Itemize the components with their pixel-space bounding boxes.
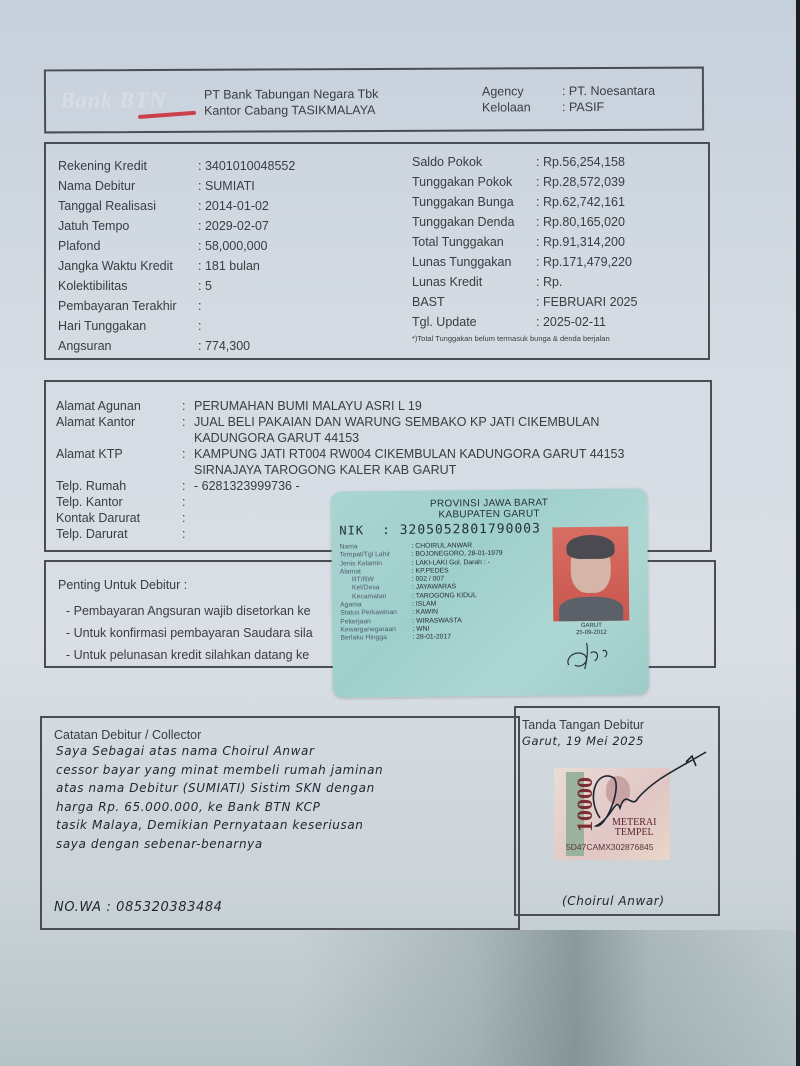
footnote: *)Total Tunggakan belum termasuk bunga &… [412,334,637,343]
loan-field-row: Jatuh Tempo: 2029-02-07 [58,216,295,236]
loan-details-box: Rekening Kredit: 3401010048552Nama Debit… [44,142,710,360]
handwritten-line: atas nama Debitur (SUMIATI) Sistim SKN d… [56,779,516,798]
field-label: Total Tunggakan [412,232,536,252]
whatsapp-number: NO.WA : 085320383484 [54,900,223,915]
field-separator: : [182,510,194,526]
balance-field-row: Lunas Kredit: Rp. [412,272,637,292]
notice-item: - Untuk konfirmasi pembayaran Saudara si… [66,622,313,644]
balance-field-row: Saldo Pokok: Rp.56,254,158 [412,152,637,172]
kelolaan-label: Kelolaan [482,99,562,115]
agency-label: Agency [482,83,562,99]
ktp-field-value: : KAWIN [412,609,438,618]
handwritten-line: tasik Malaya, Demikian Pernyataan keseri… [56,816,516,835]
field-value: : Rp.171,479,220 [536,252,632,272]
field-value: : Rp.62,742,161 [536,192,625,212]
ktp-field-value: : LAKI-LAKI Gol. Darah : - [412,559,490,568]
field-label: Nama Debitur [58,176,198,196]
field-label: Jangka Waktu Kredit [58,256,198,276]
signature-title: Tanda Tangan Debitur [522,718,644,732]
handwritten-line: harga Rp. 65.000.000, ke Bank BTN KCP [56,798,516,817]
field-label: Tanggal Realisasi [58,196,198,216]
field-label: Lunas Tunggakan [412,252,536,272]
photo-shadow [300,930,800,1066]
field-value: : [198,296,201,316]
ktp-field-value: : WNI [412,626,429,634]
field-label: Alamat Kantor [56,414,182,446]
ktp-field-value: : 002 / 007 [412,576,444,585]
balance-field-row: Total Tunggakan: Rp.91,314,200 [412,232,637,252]
ktp-issue-info: GARUT 25-09-2012 [553,623,629,638]
field-value: : [198,316,201,336]
field-value: PERUMAHAN BUMI MALAYU ASRI L 19 [194,398,674,414]
loan-field-row: Angsuran: 774,300 [58,336,295,356]
ktp-fields: Nama: CHOIRUL ANWARTempat/Tgl Lahir: BOJ… [339,542,503,643]
address-field-row: Alamat Agunan:PERUMAHAN BUMI MALAYU ASRI… [56,398,674,414]
handwritten-notes: Saya Sebagai atas nama Choirul Anwarcess… [56,742,516,853]
field-value: : 2014-01-02 [198,196,269,216]
field-label: Kolektibilitas [58,276,198,296]
loan-field-row: Tanggal Realisasi: 2014-01-02 [58,196,295,216]
notice-list: - Pembayaran Angsuran wajib disetorkan k… [66,600,313,666]
field-label: Angsuran [58,336,198,356]
balance-field-row: Tunggakan Bunga: Rp.62,742,161 [412,192,637,212]
field-value: JUAL BELI PAKAIAN DAN WARUNG SEMBAKO KP … [194,414,674,446]
bank-name: PT Bank Tabungan Negara Tbk [204,86,379,103]
handwritten-line: saya dengan sebenar-benarnya [56,835,516,854]
ktp-photo [552,527,629,622]
field-label: Jatuh Tempo [58,216,198,236]
field-label: Tunggakan Bunga [412,192,536,212]
debtor-signature-box: Tanda Tangan Debitur Garut, 19 Mei 2025 … [514,706,720,916]
handwritten-line: cessor bayar yang minat membeli rumah ja… [56,761,516,780]
header-box: Bank BTN PT Bank Tabungan Negara Tbk Kan… [44,67,704,134]
signer-name: (Choirul Anwar) [562,894,665,908]
signature-date: Garut, 19 Mei 2025 [522,734,644,748]
ktp-field-row: Berlaku Hingga: 28-01-2017 [340,633,503,643]
loan-info-left: Rekening Kredit: 3401010048552Nama Debit… [58,156,295,356]
field-separator: : [182,478,194,494]
field-value: : 774,300 [198,336,250,356]
field-label: Telp. Darurat [56,526,182,542]
field-value: : 3401010048552 [198,156,295,176]
ktp-field-value: : 28-01-2017 [412,634,451,643]
field-value: : Rp.91,314,200 [536,232,625,252]
field-label: Tgl. Update [412,312,536,332]
loan-field-row: Kolektibilitas: 5 [58,276,295,296]
field-label: Kontak Darurat [56,510,182,526]
loan-field-row: Hari Tunggakan: [58,316,295,336]
field-value: : 5 [198,276,212,296]
field-label: Tunggakan Denda [412,212,536,232]
loan-field-row: Jangka Waktu Kredit: 181 bulan [58,256,295,276]
field-separator: : [182,398,194,414]
bank-btn-logo: Bank BTN [60,87,198,118]
address-field-row: Alamat KTP:KAMPUNG JATI RT004 RW004 CIKE… [56,446,674,478]
field-label: Hari Tunggakan [58,316,198,336]
field-label: Tunggakan Pokok [412,172,536,192]
field-value: : 2025-02-11 [536,312,606,332]
agency-value: : PT. Noesantara [562,83,655,99]
ktp-field-value: : ISLAM [412,601,436,610]
field-label: Saldo Pokok [412,152,536,172]
field-value: : Rp.56,254,158 [536,152,625,172]
kelolaan-value: : PASIF [562,99,604,115]
ktp-field-value: : WIRASWASTA [412,617,462,626]
field-label: Telp. Rumah [56,478,182,494]
field-value: : Rp.80,165,020 [536,212,625,232]
balance-field-row: Tunggakan Denda: Rp.80,165,020 [412,212,637,232]
notice-item: - Pembayaran Angsuran wajib disetorkan k… [66,600,313,622]
field-value: : Rp. [536,272,562,292]
field-separator: : [182,446,194,478]
field-value: : 181 bulan [198,256,260,276]
paper-edge [796,0,800,1066]
field-label: Alamat Agunan [56,398,182,414]
bank-org-info: PT Bank Tabungan Negara Tbk Kantor Caban… [204,86,379,119]
address-field-row: Alamat Kantor: JUAL BELI PAKAIAN DAN WAR… [56,414,674,446]
field-separator: : [182,414,194,446]
field-label: Pembayaran Terakhir [58,296,198,316]
loan-info-right: Saldo Pokok: Rp.56,254,158Tunggakan Poko… [412,152,637,343]
balance-field-row: BAST: FEBRUARI 2025 [412,292,637,312]
agency-info: Agency: PT. Noesantara Kelolaan: PASIF [482,83,655,116]
field-value: : Rp.28,572,039 [536,172,625,192]
handwritten-line: Saya Sebagai atas nama Choirul Anwar [56,742,516,761]
loan-field-row: Pembayaran Terakhir: [58,296,295,316]
field-label: BAST [412,292,536,312]
field-separator: : [182,526,194,542]
field-value: : FEBRUARI 2025 [536,292,637,312]
ktp-signature-icon [562,639,618,672]
notice-title: Penting Untuk Debitur : [58,578,187,592]
field-separator: : [182,494,194,510]
loan-field-row: Rekening Kredit: 3401010048552 [58,156,295,176]
loan-field-row: Nama Debitur: SUMIATI [58,176,295,196]
field-label: Telp. Kantor [56,494,182,510]
logo-swoosh-icon [138,111,196,119]
branch-name: Kantor Cabang TASIKMALAYA [204,102,379,119]
field-label: Lunas Kredit [412,272,536,292]
field-label: Alamat KTP [56,446,182,478]
balance-field-row: Tgl. Update: 2025-02-11 [412,312,637,332]
ktp-id-card: PROVINSI JAWA BARAT KABUPATEN GARUT NIK:… [331,488,649,697]
field-label: Plafond [58,236,198,256]
loan-field-row: Plafond: 58,000,000 [58,236,295,256]
notes-title: Catatan Debitur / Collector [54,728,201,742]
balance-field-row: Tunggakan Pokok: Rp.28,572,039 [412,172,637,192]
ktp-field-value: : TAROGONG KIDUL [412,592,477,601]
field-value: KAMPUNG JATI RT004 RW004 CIKEMBULAN KADU… [194,446,674,478]
ktp-field-label: Berlaku Hingga [340,634,412,643]
ktp-province: PROVINSI JAWA BARAT KABUPATEN GARUT [331,496,647,521]
debtor-signature-icon [556,748,716,848]
field-label: Rekening Kredit [58,156,198,176]
balance-field-row: Lunas Tunggakan: Rp.171,479,220 [412,252,637,272]
notice-item: - Untuk pelunasan kredit silahkan datang… [66,644,313,666]
collector-notes-box: Catatan Debitur / Collector Saya Sebagai… [40,716,520,930]
field-value: : 2029-02-07 [198,216,269,236]
ktp-nik: NIK: 3205052801790003 [339,521,541,538]
field-value: : 58,000,000 [198,236,268,256]
field-value: : SUMIATI [198,176,255,196]
